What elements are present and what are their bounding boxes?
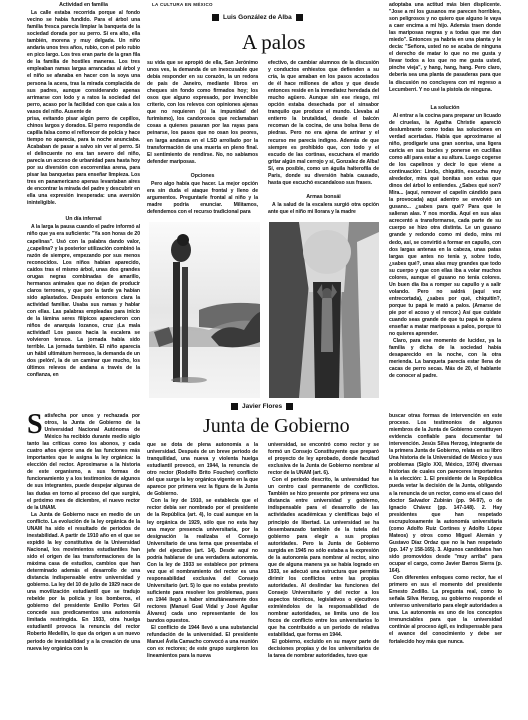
- paragraph: buscar otras formas de intervención en e…: [389, 413, 502, 575]
- paragraph: Al entrar a la cocina para preparar un l…: [389, 113, 501, 339]
- paragraph: Con la ley de 1910, se establecía que el…: [147, 498, 258, 625]
- subhead-un-dia-infernal: Un día infernal: [27, 216, 140, 223]
- author-name: Javier Flores: [242, 403, 282, 410]
- drop-cap: S: [27, 414, 43, 436]
- paragraph: atisfecha por unos y rechazada por otros…: [27, 413, 140, 511]
- paragraph: A la larga la pausa cuando el padre info…: [27, 224, 140, 379]
- square-bullet-icon: [231, 403, 238, 410]
- article-2-column-4: buscar otras formas de intervención en e…: [389, 413, 502, 646]
- subhead-opciones: Opciones: [147, 173, 258, 180]
- paragraph: que se dota de plena autonomía a la univ…: [147, 442, 258, 498]
- paragraph: su vida que se apropió de ella, San Jeró…: [147, 60, 258, 166]
- article-1-byline: Luis González de Alba: [212, 14, 303, 21]
- paragraph: Con el periodo descrito, la universidad …: [268, 477, 379, 639]
- article-1-right-column: adoptaba una actitud más bien displicent…: [389, 2, 501, 380]
- article-2-column-3: universidad, se encontró como rector y s…: [268, 442, 379, 660]
- paragraph: El gobierno, excluido en su mayor parte …: [268, 639, 379, 660]
- square-bullet-icon: [296, 14, 303, 21]
- article-1-left-column: Actividad en familia La calle estaba rec…: [27, 2, 140, 379]
- article-2-column-1: Satisfecha por unos y rechazada por otro…: [27, 413, 140, 653]
- paragraph: universidad, se encontró como rector y s…: [268, 442, 379, 477]
- subhead-armas-bonsai: Armas bonsái: [268, 194, 379, 201]
- article-2-column-2: que se dota de plena autonomía a la univ…: [147, 442, 258, 660]
- article-1-middle-column: su vida que se apropió de ella, San Jeró…: [147, 60, 258, 216]
- paragraph: Con diferentes enfoques como rector, fue…: [389, 575, 502, 645]
- running-head: LA CULTURA EN MÉXICO: [152, 2, 213, 7]
- article-2-byline: Javier Flores: [231, 403, 293, 410]
- paragraph: La Junta de Gobierno nace en medio de un…: [27, 512, 140, 653]
- paragraph: A la salud de la escalera surgió otra op…: [268, 202, 379, 216]
- square-bullet-icon: [286, 403, 293, 410]
- subhead-la-solucion: La solución: [389, 105, 501, 112]
- photo-rock-figure: [269, 222, 379, 398]
- paragraph: La calle estaba recorrida porque al fond…: [27, 10, 140, 116]
- subhead-actividad: Actividad en familia: [27, 2, 140, 9]
- square-bullet-icon: [212, 14, 219, 21]
- paragraph: efectivo, de cambiar alumnos de la discu…: [268, 60, 379, 187]
- article-2-title: Junta de Gobierno: [203, 415, 350, 438]
- paragraph: prisa, evitando pisar algún perro de cep…: [27, 116, 140, 208]
- paragraph: Claro, para ese momento de lucidez, ya l…: [389, 338, 501, 380]
- photo-desert-figure-image: [149, 222, 260, 398]
- photo-rock-figure-image: [269, 222, 379, 398]
- paragraph: adoptaba una actitud más bien displicent…: [389, 2, 501, 94]
- paragraph: Pero algo había que hacer. La mejor opci…: [147, 181, 258, 216]
- author-name: Luis González de Alba: [223, 14, 292, 21]
- article-1-title: A palos: [242, 30, 306, 55]
- photo-desert-figure: [149, 222, 260, 398]
- article-1-middle-column-2: efectivo, de cambiar alumnos de la discu…: [268, 60, 379, 216]
- paragraph: El conflicto de 1944 llevó a una substan…: [147, 625, 258, 660]
